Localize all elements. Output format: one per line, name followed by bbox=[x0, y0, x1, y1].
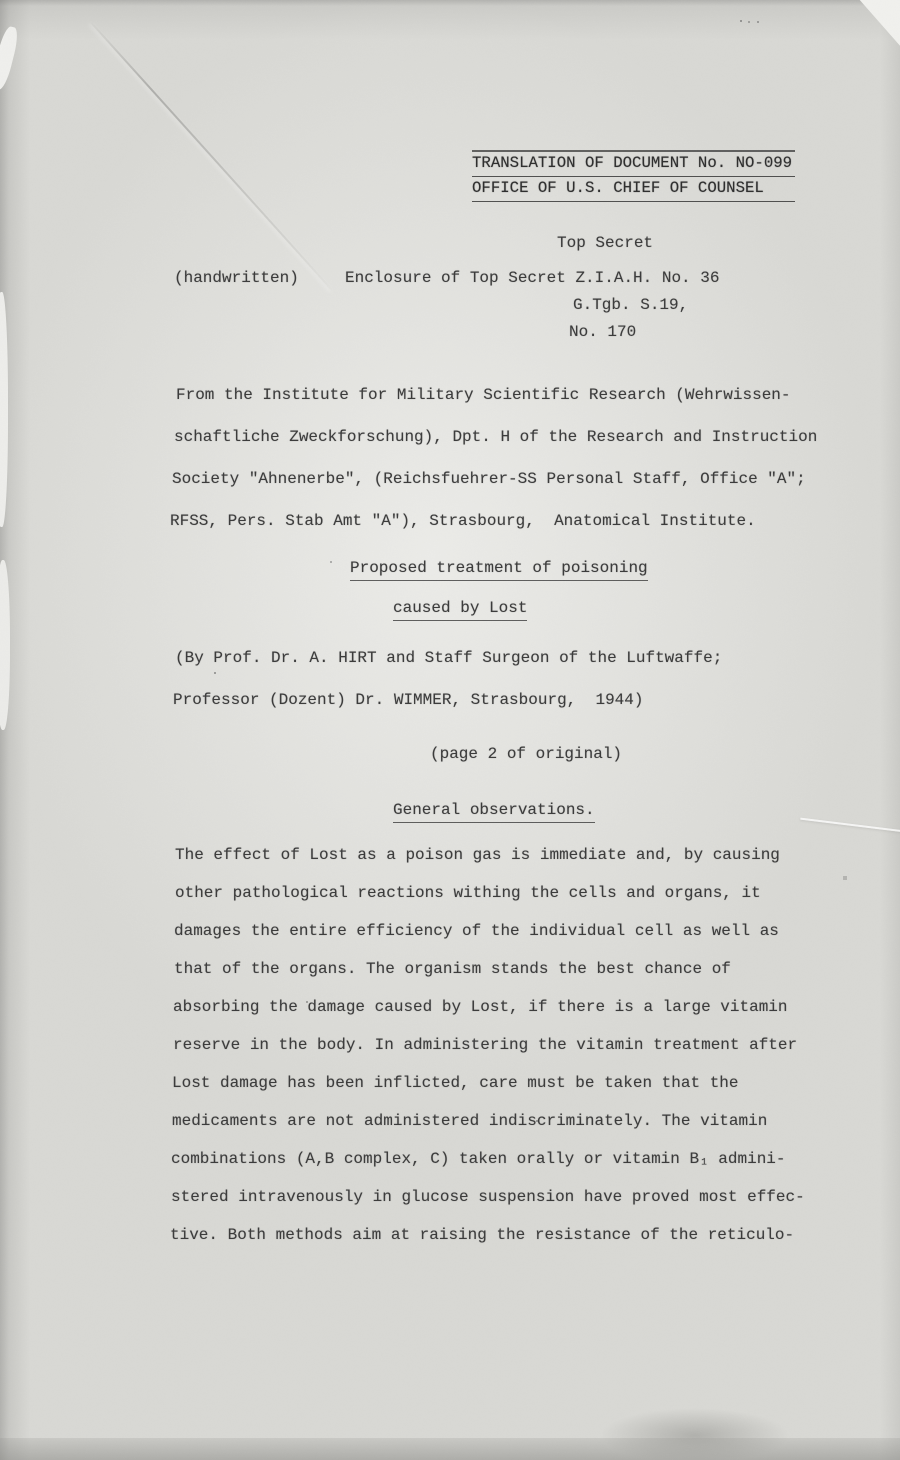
body-text-line: stered intravenously in glucose suspensi… bbox=[171, 1187, 805, 1207]
stamp-line-translation: TRANSLATION OF DOCUMENT No. NO-099 bbox=[472, 150, 795, 177]
handwritten-note: (handwritten) bbox=[174, 268, 299, 288]
title-underlined-text: caused by Lost bbox=[393, 599, 527, 621]
document-title-line-1: Proposed treatment of poisoning bbox=[350, 558, 648, 578]
title-underlined-text: Proposed treatment of poisoning bbox=[350, 559, 648, 581]
enclosure-line: Enclosure of Top Secret Z.I.A.H. No. 36 bbox=[345, 268, 719, 288]
typewritten-text-layer: TRANSLATION OF DOCUMENT No. NO-099 OFFIC… bbox=[0, 0, 900, 1460]
source-paragraph-line: From the Institute for Military Scientif… bbox=[176, 385, 791, 405]
stamp-line-office: OFFICE OF U.S. CHIEF OF COUNSEL bbox=[472, 177, 795, 202]
byline-line: (By Prof. Dr. A. HIRT and Staff Surgeon … bbox=[175, 648, 722, 668]
page-reference-note: (page 2 of original) bbox=[430, 744, 622, 764]
scanned-document-page: TRANSLATION OF DOCUMENT No. NO-099 OFFIC… bbox=[0, 0, 900, 1460]
section-heading-underlined-text: General observations. bbox=[393, 801, 595, 823]
source-paragraph-line: schaftliche Zweckforschung), Dpt. H of t… bbox=[174, 427, 817, 447]
body-text-line: medicaments are not administered indiscr… bbox=[172, 1111, 767, 1131]
body-text-line: combinations (A,B complex, C) taken oral… bbox=[171, 1149, 786, 1169]
body-text-line: Lost damage has been inflicted, care mus… bbox=[172, 1073, 739, 1093]
document-title-line-2: caused by Lost bbox=[393, 598, 527, 618]
byline-line: Professor (Dozent) Dr. WIMMER, Strasbour… bbox=[173, 690, 643, 710]
enclosure-ref-line: G.Tgb. S.19, bbox=[573, 295, 688, 315]
body-text-line: other pathological reactions withing the… bbox=[175, 883, 761, 903]
enclosure-number-line: No. 170 bbox=[569, 322, 636, 342]
body-text-line: tive. Both methods aim at raising the re… bbox=[170, 1225, 794, 1245]
document-id-stamp: TRANSLATION OF DOCUMENT No. NO-099 OFFIC… bbox=[472, 150, 795, 202]
body-text-line: damages the entire efficiency of the ind… bbox=[174, 921, 779, 941]
source-paragraph-line: RFSS, Pers. Stab Amt "A"), Strasbourg, A… bbox=[170, 511, 756, 531]
body-text-line: reserve in the body. In administering th… bbox=[173, 1035, 797, 1055]
section-heading: General observations. bbox=[393, 800, 595, 820]
body-text-line: absorbing the damage caused by Lost, if … bbox=[173, 997, 788, 1017]
body-text-line: The effect of Lost as a poison gas is im… bbox=[175, 845, 780, 865]
body-text-line: that of the organs. The organism stands … bbox=[174, 959, 731, 979]
source-paragraph-line: Society "Ahnenerbe", (Reichsfuehrer-SS P… bbox=[172, 469, 806, 489]
classification-label: Top Secret bbox=[557, 233, 653, 253]
